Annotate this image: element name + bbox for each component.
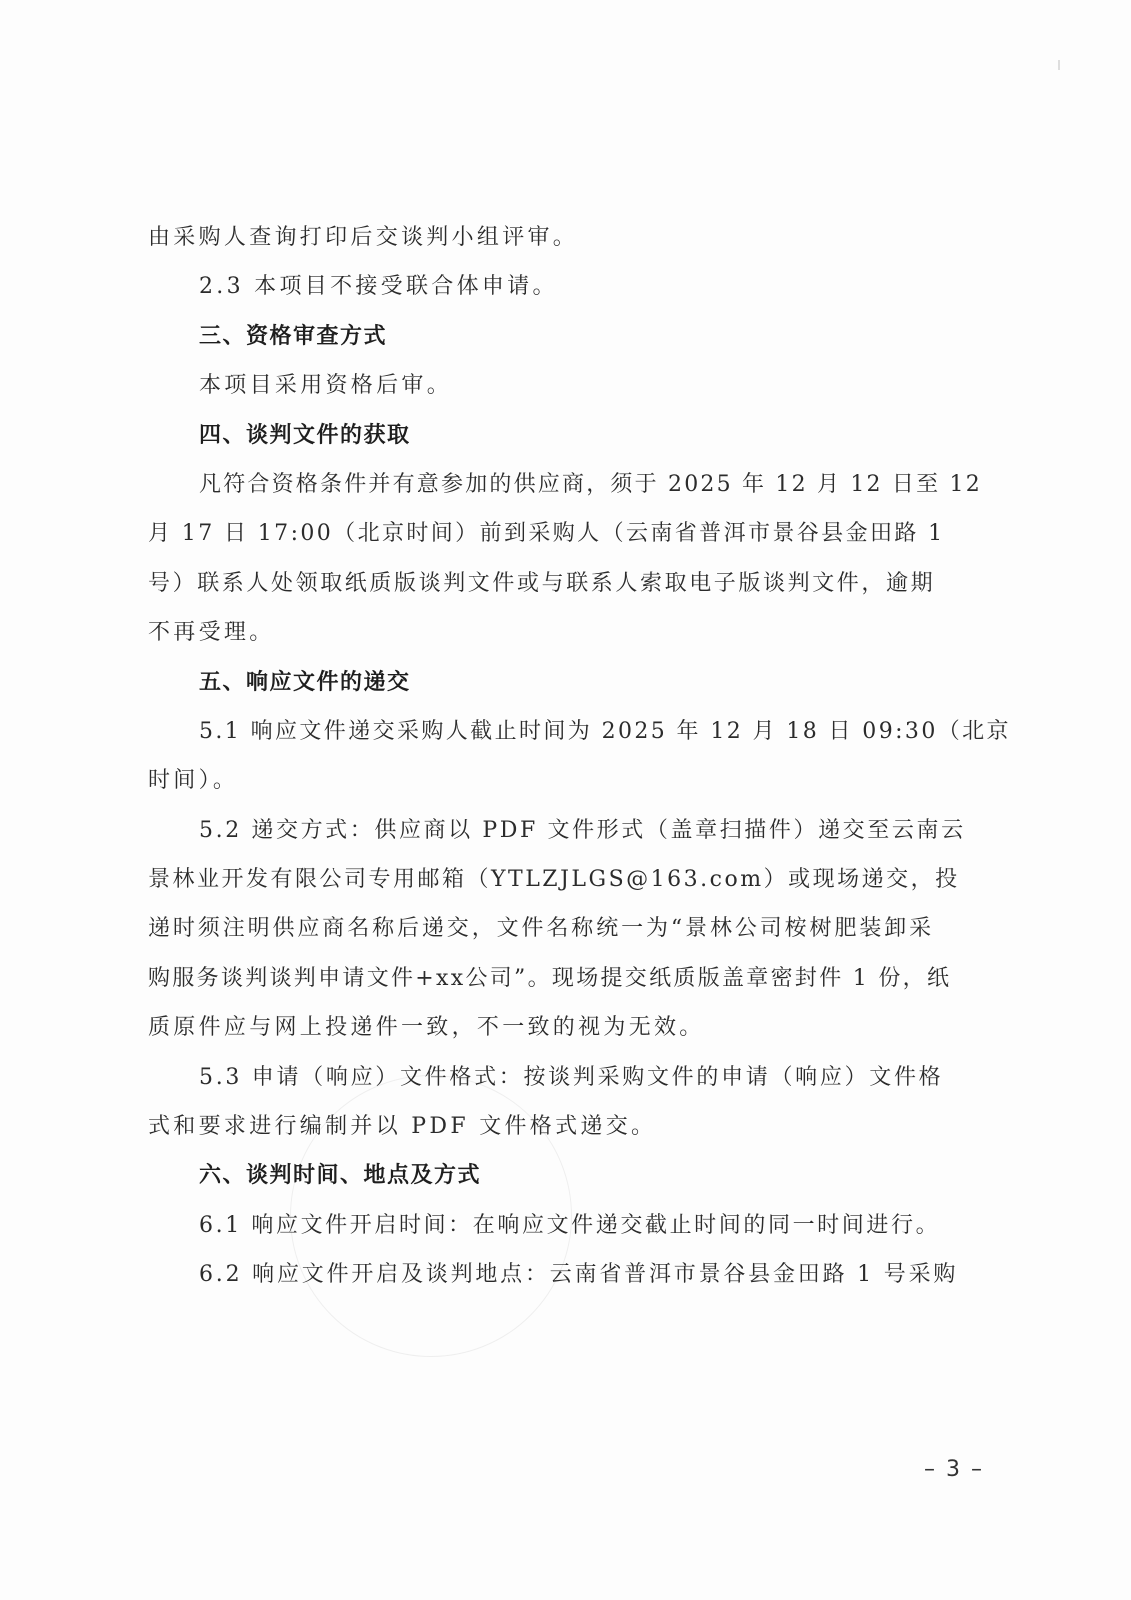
clause-5-2-line-5: 质原件应与网上投递件一致，不一致的视为无效。 [148, 1003, 978, 1052]
clause-5-3-line-1: 5.3 申请（响应）文件格式：按谈判采购文件的申请（响应）文件格 [148, 1053, 978, 1102]
paragraph-continuation: 由采购人查询打印后交谈判小组评审。 [148, 213, 978, 262]
section-4-text-line-1: 凡符合资格条件并有意参加的供应商，须于 2025 年 12 月 12 日至 12 [148, 460, 978, 509]
clause-5-1-line-1: 5.1 响应文件递交采购人截止时间为 2025 年 12 月 18 日 09:3… [148, 707, 978, 756]
document-page: 由采购人查询打印后交谈判小组评审。 2.3 本项目不接受联合体申请。 三、资格审… [0, 0, 1131, 1600]
document-body: 由采购人查询打印后交谈判小组评审。 2.3 本项目不接受联合体申请。 三、资格审… [148, 213, 978, 1300]
clause-2-3: 2.3 本项目不接受联合体申请。 [148, 262, 978, 311]
section-3-text: 本项目采用资格后审。 [148, 361, 978, 410]
clause-6-2: 6.2 响应文件开启及谈判地点：云南省普洱市景谷县金田路 1 号采购 [148, 1250, 978, 1299]
clause-5-2-line-4: 购服务谈判谈判申请文件+xx公司”。现场提交纸质版盖章密封件 1 份，纸 [148, 954, 978, 1003]
page-number: – 3 – [924, 1457, 984, 1482]
clause-5-2-line-1: 5.2 递交方式：供应商以 PDF 文件形式（盖章扫描件）递交至云南云 [148, 806, 978, 855]
section-heading-3: 三、资格审查方式 [148, 312, 978, 361]
scan-mark [1058, 60, 1060, 70]
clause-5-2-line-3: 递时须注明供应商名称后递交，文件名称统一为“景林公司桉树肥装卸采 [148, 904, 978, 953]
clause-6-1: 6.1 响应文件开启时间：在响应文件递交截止时间的同一时间进行。 [148, 1201, 978, 1250]
section-heading-5: 五、响应文件的递交 [148, 658, 978, 707]
clause-5-1-line-2: 时间）。 [148, 756, 978, 805]
section-heading-6: 六、谈判时间、地点及方式 [148, 1151, 978, 1200]
clause-5-3-line-2: 式和要求进行编制并以 PDF 文件格式递交。 [148, 1102, 978, 1151]
section-4-text-line-4: 不再受理。 [148, 608, 978, 657]
section-heading-4: 四、谈判文件的获取 [148, 411, 978, 460]
section-4-text-line-2: 月 17 日 17:00（北京时间）前到采购人（云南省普洱市景谷县金田路 1 [148, 509, 978, 558]
clause-5-2-line-2: 景林业开发有限公司专用邮箱（YTLZJLGS@163.com）或现场递交，投 [148, 855, 978, 904]
section-4-text-line-3: 号）联系人处领取纸质版谈判文件或与联系人索取电子版谈判文件，逾期 [148, 559, 978, 608]
